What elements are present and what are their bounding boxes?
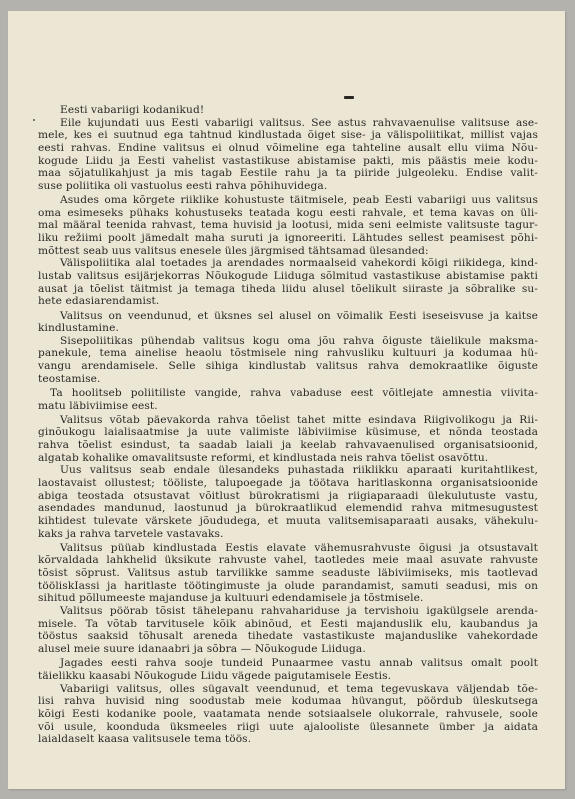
text-line: kindlustamine. <box>38 322 538 335</box>
text-line: vangu arendamisele. Selle sihiga kindlus… <box>38 360 538 373</box>
text-line: kõrvaldada lahkhelid üksikute rahvuste v… <box>38 554 538 567</box>
text-line: mõttest seab uus valitsus enesele üles j… <box>38 245 538 258</box>
text-line: tööstus saaksid tõhusalt areneda tihedat… <box>38 630 538 643</box>
text-line: tõsist sõprust. Valitsus astub tarvilikk… <box>38 567 538 580</box>
paragraph-4: Valitsus on veendunud, et üksnes sel alu… <box>38 310 538 335</box>
text-line: Valitsus on veendunud, et üksnes sel alu… <box>38 310 538 323</box>
text-line: asendades mandunud, laostunud ja bürokra… <box>38 502 538 515</box>
text-line: tööliskIassi ja haritlaste töötingimuste… <box>38 580 538 593</box>
text-line: Uus valitsus seab endale ülesandeks puha… <box>38 464 538 477</box>
text-line: mal määral teenida rahvast, tema huvisid… <box>38 219 538 232</box>
text-line: suse poliitika oli vastuolus eesti rahva… <box>38 180 538 193</box>
text-line: Valitsus võtab päevakorda rahva tõelist … <box>38 414 538 427</box>
top-dash-mark <box>344 96 354 99</box>
text-line: rahva tõelist esindust, ta saadab laiali… <box>38 439 538 452</box>
paragraph-12: Vabariigi valitsus, olles sügavalt veend… <box>38 683 538 746</box>
paragraph-10: Valitsus pöörab tõsist tähelepanu rahvah… <box>38 605 538 656</box>
text-line: kaks ja rahva tarvetele vastavaks. <box>38 528 538 541</box>
text-line: täielikku kaasabi Nõukogude Liidu vägede… <box>38 670 538 683</box>
text-line: mele, kes ei suutnud ega tahtnud kindlus… <box>38 129 538 142</box>
text-line: sihitud põllumeeste majanduse ja kultuur… <box>38 592 538 605</box>
text-line: teostamise. <box>38 373 538 386</box>
text-line: laialdaselt kaasa valitsusele tema töös. <box>38 733 538 746</box>
text-line: Vabariigi valitsus, olles sügavalt veend… <box>38 683 538 696</box>
text-line: abiga teostada otsustavat võitlust bürok… <box>38 490 538 503</box>
text-line: Ta hoolitseb poliitiliste vangide, rahva… <box>38 387 538 400</box>
paragraph-6: Ta hoolitseb poliitiliste vangide, rahva… <box>38 387 538 412</box>
text-line: ausat ja tõelist täitmist ja temaga tihe… <box>38 283 538 296</box>
paragraph-5: Sisepoliitikas pühendab valitsus kogu om… <box>38 335 538 386</box>
text-line: Välispoliitika alal toetades ja arendade… <box>38 257 538 270</box>
text-line: matu läbiviimise eest. <box>38 400 538 413</box>
document-body: Eesti vabariigi kodanikud! Eile kujundat… <box>38 104 538 746</box>
text-line: lisi rahva huvisid ning soodustab meie k… <box>38 695 538 708</box>
text-line: oma esimeseks pühaks kohustuseks teatada… <box>38 207 538 220</box>
text-line: ginõukogu laialisaatmise ja uute valimis… <box>38 426 538 439</box>
text-line: Valitsus pöörab tõsist tähelepanu rahvah… <box>38 605 538 618</box>
paragraph-1: Eile kujundati uus Eesti vabariigi valit… <box>38 117 538 193</box>
text-line: kihtidest tulevate värskete jõududega, e… <box>38 515 538 528</box>
text-line: maa sõjatulikahjust ja mis tagab Eestile… <box>38 167 538 180</box>
text-line: algatab kohalike omavalitsuste reformi, … <box>38 452 538 465</box>
paragraph-9: Valitsus püüab kindlustada Eestis elavat… <box>38 542 538 605</box>
text-line: Eile kujundati uus Eesti vabariigi valit… <box>38 117 538 130</box>
paragraph-7: Valitsus võtab päevakorda rahva tõelist … <box>38 414 538 465</box>
paragraph-8: Uus valitsus seab endale ülesandeks puha… <box>38 464 538 540</box>
margin-dot <box>33 119 35 121</box>
text-line: misele. Ta võtab tarvitusele kõik abinõu… <box>38 618 538 631</box>
text-line: kõigi Eesti kodanike poole, vaatamata ne… <box>38 708 538 721</box>
text-line: hete edasiarendamist. <box>38 295 538 308</box>
paragraph-2: Asudes oma kõrgete riiklike kohustuste t… <box>38 194 538 257</box>
text-line: panekule, tema ainelise heaolu tõstmisel… <box>38 347 538 360</box>
text-line: või usule, koonduda üksmeeles riigi uute… <box>38 721 538 734</box>
salutation: Eesti vabariigi kodanikud! <box>38 104 538 117</box>
text-line: liku režiimi poolt jämedalt maha suruti … <box>38 232 538 245</box>
text-line: Jagades eesti rahva sooje tundeid Punaar… <box>38 657 538 670</box>
paragraph-3: Välispoliitika alal toetades ja arendade… <box>38 257 538 308</box>
text-line: kogude Liidu ja Eesti vahelist vastastik… <box>38 155 538 168</box>
text-line: eesti rahvas. Endine valitsus ei olnud v… <box>38 142 538 155</box>
text-line: Asudes oma kõrgete riiklike kohustuste t… <box>38 194 538 207</box>
text-line: alusel meie suure idanaabri ja sõbra — N… <box>38 643 538 656</box>
paragraph-11: Jagades eesti rahva sooje tundeid Punaar… <box>38 657 538 682</box>
text-line: lustab valitsus esijärjekorras Nõukogude… <box>38 270 538 283</box>
text-line: laostavaist ollustest; tööliste, talupoe… <box>38 477 538 490</box>
text-line: Valitsus püüab kindlustada Eestis elavat… <box>38 542 538 555</box>
text-line: Sisepoliitikas pühendab valitsus kogu om… <box>38 335 538 348</box>
